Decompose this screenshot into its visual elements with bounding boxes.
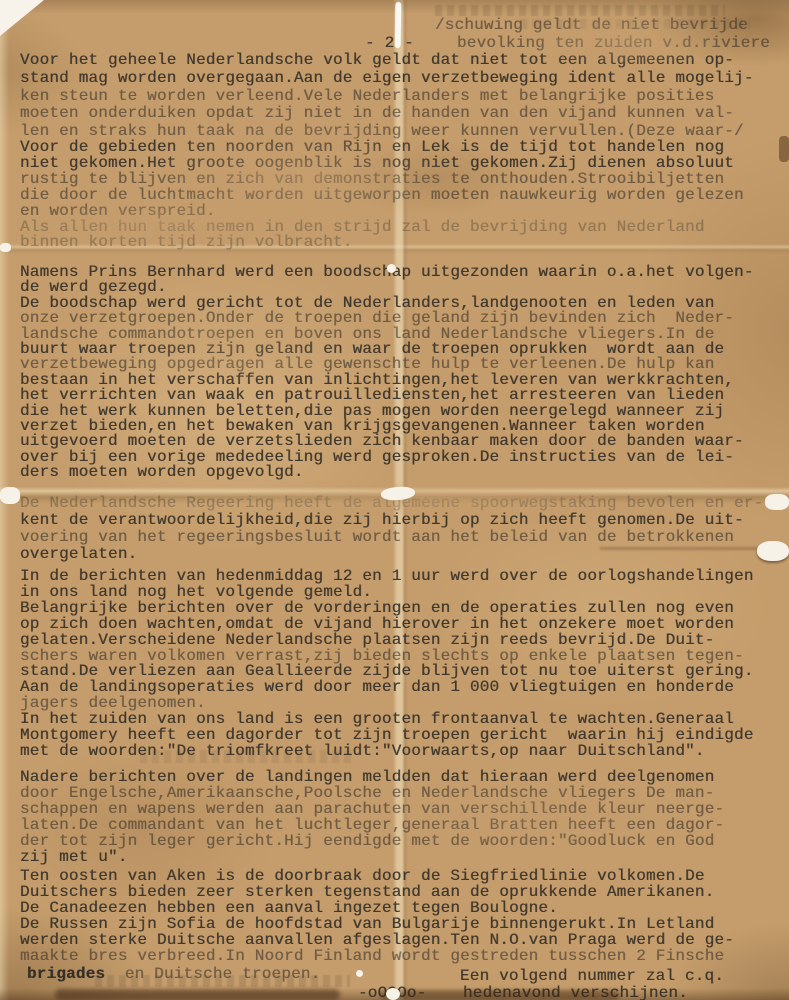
header-continuation-line-2: bevolking ten zuiden v.d.riviere — [457, 34, 770, 52]
typed-line: binnen korten tijd zijn volbracht. — [20, 235, 744, 251]
tear-left-crease — [0, 243, 11, 252]
typed-line: stand mag worden overgegaan.Aan de eigen… — [20, 70, 754, 88]
tear-left-mid — [0, 487, 20, 504]
bottom-edge-shadow — [380, 990, 620, 1000]
ink-bleed-smudge — [95, 975, 350, 987]
paragraph-general-uprising: Voor het geheele Nederlandsche volk geld… — [20, 52, 754, 141]
tear-right-mid — [765, 494, 789, 510]
torn-corner-top-left — [0, 0, 44, 36]
tear-bottom-center — [386, 988, 400, 1000]
typed-line: voering van het regeeringsbesluit wordt … — [20, 529, 763, 546]
bold-word-brigades: brigades — [27, 965, 105, 983]
footer-note-line-1: Een volgend nummer zal c.q. — [460, 967, 724, 985]
ink-bleed-smudge — [435, 5, 725, 16]
tear-dot-center — [387, 264, 396, 273]
paragraph-airborne-landings: Nadere berichten over de landingen meldd… — [20, 770, 724, 865]
scanned-typewritten-page: /schuwing geldt de niet bevrijde - 2 - b… — [0, 0, 789, 1000]
typed-line: Voor het geheele Nederlandsche volk geld… — [20, 52, 754, 70]
paragraph-railway-strike: De Nederlandsche Regeering heeft de alge… — [20, 495, 763, 563]
typed-line: ders moeten worden opgevolgd. — [20, 465, 754, 480]
paragraph-prins-bernhard-message: Namens Prins Bernhard werd een boodschap… — [20, 265, 754, 481]
tear-right-low — [757, 541, 789, 561]
paragraph-war-news-netherlands: In de berichten van hedenmiddag 12 en 1 … — [20, 569, 754, 760]
typed-line: maakte bres verbreed.In Noord Finland wo… — [20, 949, 734, 965]
edge-nick-shadow — [779, 136, 789, 162]
tear-dot-bottom — [356, 970, 363, 977]
typed-line: zij met u". — [20, 850, 724, 866]
typed-line: moeten onderduiken opdat zij niet in de … — [20, 105, 754, 123]
paragraph-north-of-rivers: Voor de gebieden ten noorden van Rijn en… — [20, 140, 744, 251]
typed-line: met de woorden:"De triomfkreet luidt:"Vo… — [20, 744, 754, 760]
page-number: - 2 - — [365, 34, 414, 52]
bottom-edge-shadow — [55, 989, 340, 1000]
ink-bleed-smudge — [520, 19, 750, 29]
paragraph-fronts-overview: Ten oosten van Aken is de doorbraak door… — [20, 869, 734, 964]
typed-line: kent de verantwoordelijkheid,die zij hie… — [20, 512, 763, 529]
typed-line: ken steun te worden verleend.Vele Nederl… — [20, 88, 754, 106]
fold-slit-top — [395, 2, 402, 48]
ink-bleed-smudge — [140, 750, 355, 763]
